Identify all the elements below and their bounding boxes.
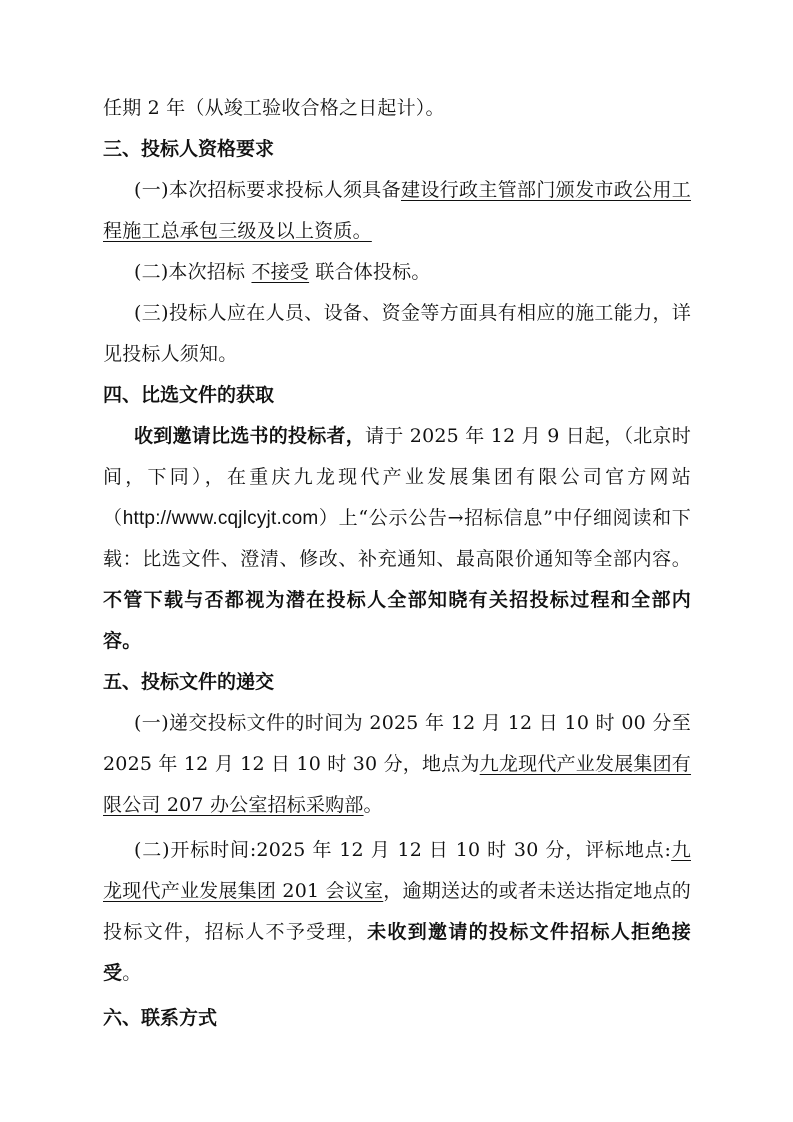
term-line: 任期 2 年（从竣工验收合格之日起计）。 bbox=[103, 88, 691, 129]
section-5-item-2: (二)开标时间:2025 年 12 月 12 日 10 时 30 分，评标地点:… bbox=[103, 830, 691, 994]
section-5-heading: 五、投标文件的递交 bbox=[103, 662, 691, 703]
consortium-acceptance: 不接受 bbox=[251, 261, 309, 283]
item-1-text: (一)本次招标要求投标人须具备 bbox=[134, 179, 401, 201]
punctuation: 。 bbox=[122, 962, 141, 984]
term-text: 任期 2 年（从竣工验收合格之日起计）。 bbox=[103, 97, 445, 119]
section-4-paragraph: 收到邀请比选书的投标者，请于 2025 年 12 月 9 日起，（北京时间，下同… bbox=[103, 416, 691, 662]
website-link[interactable]: （http://www.cqjlcyjt.com） bbox=[103, 508, 339, 529]
section-5-item-1: (一)递交投标文件的时间为 2025 年 12 月 12 日 10 时 00 分… bbox=[103, 703, 691, 826]
invited-bidders-lead: 收到邀请比选书的投标者， bbox=[134, 425, 365, 447]
section-4-bold-notice: 不管下载与否都视为潜在投标人全部知晓有关招投标过程和全部内容。 bbox=[103, 589, 691, 652]
item-2-suffix: 联合体投标。 bbox=[309, 261, 430, 283]
document-page: 任期 2 年（从竣工验收合格之日起计）。 三、投标人资格要求 (一)本次招标要求… bbox=[103, 88, 691, 1039]
punctuation: 。 bbox=[364, 794, 383, 816]
section-3-item-1: (一)本次招标要求投标人须具备建设行政主管部门颁发市政公用工程施工总承包三级及以… bbox=[103, 170, 691, 252]
section-3-item-3: (三)投标人应在人员、设备、资金等方面具有相应的施工能力，详见投标人须知。 bbox=[103, 293, 691, 375]
section-4-heading: 四、比选文件的获取 bbox=[103, 375, 691, 416]
section-3-item-2: (二)本次招标 不接受 联合体投标。 bbox=[103, 252, 691, 293]
section-3-heading: 三、投标人资格要求 bbox=[103, 129, 691, 170]
item-2-prefix: (二)本次招标 bbox=[134, 261, 251, 283]
opening-time: (二)开标时间:2025 年 12 月 12 日 10 时 30 分，评标地点: bbox=[134, 839, 671, 861]
section-6-heading: 六、联系方式 bbox=[103, 998, 691, 1039]
